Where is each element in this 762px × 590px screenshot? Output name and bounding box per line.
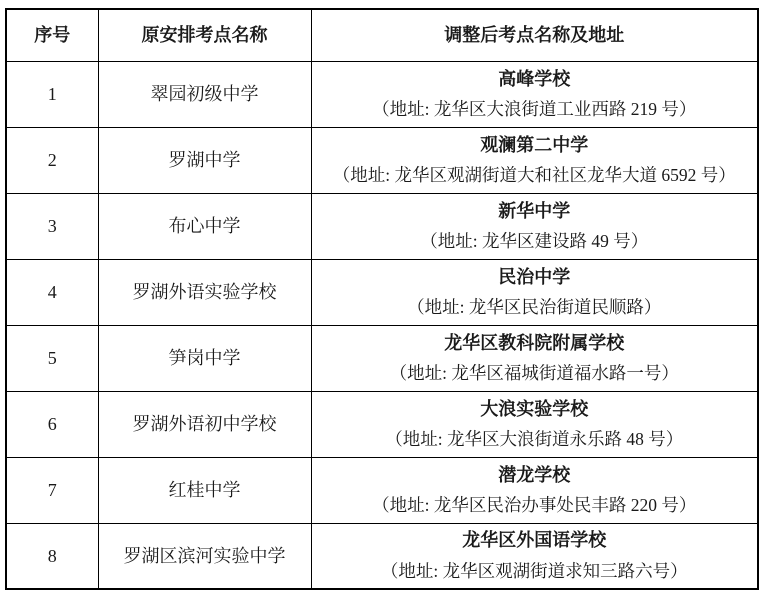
header-serial-number: 序号 xyxy=(6,9,98,61)
adjusted-site-address: （地址: 龙华区福城街道福水路一号） xyxy=(318,362,752,386)
adjusted-site-cell: 观澜第二中学 （地址: 龙华区观湖街道大和社区龙华大道 6592 号） xyxy=(311,127,758,193)
serial-number: 7 xyxy=(6,457,98,523)
adjusted-site-cell: 高峰学校 （地址: 龙华区大浪街道工业西路 219 号） xyxy=(311,61,758,127)
adjusted-site-address: （地址: 龙华区大浪街道工业西路 219 号） xyxy=(318,98,752,122)
table-row: 5 笋岗中学 龙华区教科院附属学校 （地址: 龙华区福城街道福水路一号） xyxy=(6,325,758,391)
table-row: 2 罗湖中学 观澜第二中学 （地址: 龙华区观湖街道大和社区龙华大道 6592 … xyxy=(6,127,758,193)
original-site-name: 红桂中学 xyxy=(98,457,311,523)
original-site-name: 布心中学 xyxy=(98,193,311,259)
serial-number: 1 xyxy=(6,61,98,127)
table-row: 4 罗湖外语实验学校 民治中学 （地址: 龙华区民治街道民顺路） xyxy=(6,259,758,325)
adjusted-site-address: （地址: 龙华区大浪街道永乐路 48 号） xyxy=(318,428,752,452)
table-row: 6 罗湖外语初中学校 大浪实验学校 （地址: 龙华区大浪街道永乐路 48 号） xyxy=(6,391,758,457)
exam-site-adjustment-table: 序号 原安排考点名称 调整后考点名称及地址 1 翠园初级中学 高峰学校 （地址:… xyxy=(5,8,759,590)
adjusted-site-cell: 龙华区教科院附属学校 （地址: 龙华区福城街道福水路一号） xyxy=(311,325,758,391)
original-site-name: 笋岗中学 xyxy=(98,325,311,391)
adjusted-site-name: 新华中学 xyxy=(318,199,752,223)
table-row: 3 布心中学 新华中学 （地址: 龙华区建设路 49 号） xyxy=(6,193,758,259)
original-site-name: 罗湖外语实验学校 xyxy=(98,259,311,325)
adjusted-site-cell: 民治中学 （地址: 龙华区民治街道民顺路） xyxy=(311,259,758,325)
serial-number: 6 xyxy=(6,391,98,457)
adjusted-site-cell: 新华中学 （地址: 龙华区建设路 49 号） xyxy=(311,193,758,259)
serial-number: 3 xyxy=(6,193,98,259)
original-site-name: 翠园初级中学 xyxy=(98,61,311,127)
table-header-row: 序号 原安排考点名称 调整后考点名称及地址 xyxy=(6,9,758,61)
adjusted-site-cell: 大浪实验学校 （地址: 龙华区大浪街道永乐路 48 号） xyxy=(311,391,758,457)
header-original-site-name: 原安排考点名称 xyxy=(98,9,311,61)
adjusted-site-address: （地址: 龙华区观湖街道求知三路六号） xyxy=(318,560,752,584)
table-row: 1 翠园初级中学 高峰学校 （地址: 龙华区大浪街道工业西路 219 号） xyxy=(6,61,758,127)
adjusted-site-name: 潜龙学校 xyxy=(318,463,752,487)
table-row: 8 罗湖区滨河实验中学 龙华区外国语学校 （地址: 龙华区观湖街道求知三路六号） xyxy=(6,523,758,589)
document-page: 序号 原安排考点名称 调整后考点名称及地址 1 翠园初级中学 高峰学校 （地址:… xyxy=(0,0,762,589)
header-adjusted-site-name-address: 调整后考点名称及地址 xyxy=(311,9,758,61)
adjusted-site-cell: 潜龙学校 （地址: 龙华区民治办事处民丰路 220 号） xyxy=(311,457,758,523)
adjusted-site-address: （地址: 龙华区建设路 49 号） xyxy=(318,230,752,254)
table-row: 7 红桂中学 潜龙学校 （地址: 龙华区民治办事处民丰路 220 号） xyxy=(6,457,758,523)
adjusted-site-name: 龙华区外国语学校 xyxy=(318,528,752,552)
serial-number: 5 xyxy=(6,325,98,391)
adjusted-site-name: 高峰学校 xyxy=(318,67,752,91)
adjusted-site-cell: 龙华区外国语学校 （地址: 龙华区观湖街道求知三路六号） xyxy=(311,523,758,589)
serial-number: 2 xyxy=(6,127,98,193)
adjusted-site-name: 龙华区教科院附属学校 xyxy=(318,331,752,355)
adjusted-site-name: 观澜第二中学 xyxy=(318,133,752,157)
adjusted-site-address: （地址: 龙华区民治办事处民丰路 220 号） xyxy=(318,494,752,518)
original-site-name: 罗湖中学 xyxy=(98,127,311,193)
original-site-name: 罗湖区滨河实验中学 xyxy=(98,523,311,589)
adjusted-site-address: （地址: 龙华区民治街道民顺路） xyxy=(318,296,752,320)
serial-number: 4 xyxy=(6,259,98,325)
original-site-name: 罗湖外语初中学校 xyxy=(98,391,311,457)
adjusted-site-name: 大浪实验学校 xyxy=(318,397,752,421)
adjusted-site-address: （地址: 龙华区观湖街道大和社区龙华大道 6592 号） xyxy=(318,164,752,188)
adjusted-site-name: 民治中学 xyxy=(318,265,752,289)
serial-number: 8 xyxy=(6,523,98,589)
